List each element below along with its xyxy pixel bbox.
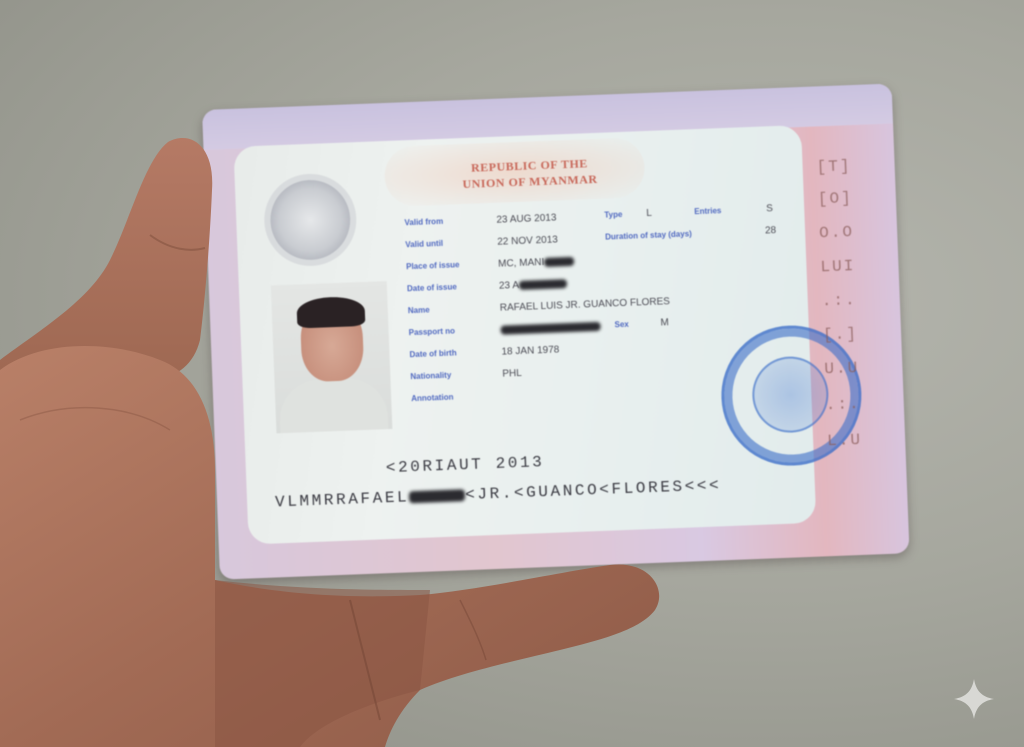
sparkle-icon — [954, 679, 994, 719]
hand — [0, 0, 1024, 747]
photo-scene: REPUBLIC OF THE UNION OF MYANMAR Valid f… — [0, 0, 1024, 747]
finger — [215, 580, 430, 747]
thumb — [0, 138, 212, 380]
